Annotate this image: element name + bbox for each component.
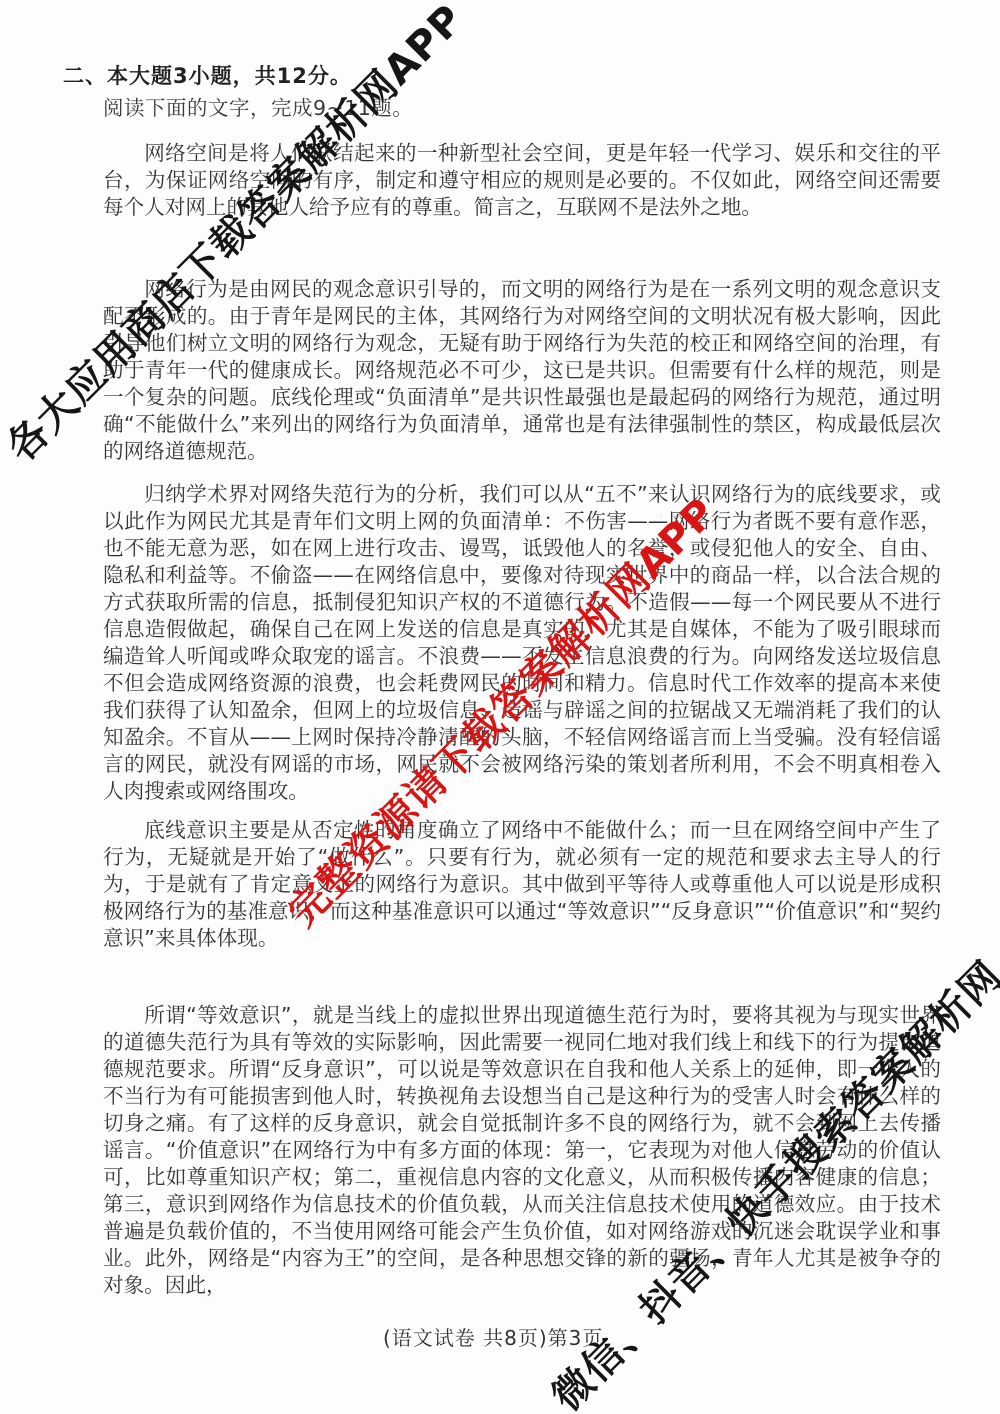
passage-paragraph-5: 所谓“等效意识”，就是当线上的虚拟世界出现道德生范行为时，要将其视为与现实世界的…	[103, 1002, 941, 1299]
passage-paragraph-4: 底线意识主要是从否定性的角度确立了网络中不能做什么；而一旦在网络空间中产生了行为…	[103, 817, 941, 952]
section-heading: 二、本大题3小题，共12分。	[63, 60, 352, 90]
passage-paragraph-2: 网络行为是由网民的观念意识引导的，而文明的网络行为是在一系列文明的观念意识支配不…	[103, 276, 941, 465]
passage-paragraph-1: 网络空间是将人们联结起来的一种新型社会空间，更是年轻一代学习、娱乐和交往的平台，…	[103, 140, 941, 221]
page-number-footer: (语文试卷 共8页)第3页	[383, 1322, 603, 1351]
reading-instruction: 阅读下面的文字，完成9~11题。	[103, 91, 413, 121]
exam-paper-page: 二、本大题3小题，共12分。 阅读下面的文字，完成9~11题。 网络空间是将人们…	[0, 0, 1000, 1414]
passage-paragraph-3: 归纳学术界对网络失范行为的分析，我们可以从“五不”来认识网络行为的底线要求，或以…	[103, 481, 941, 805]
